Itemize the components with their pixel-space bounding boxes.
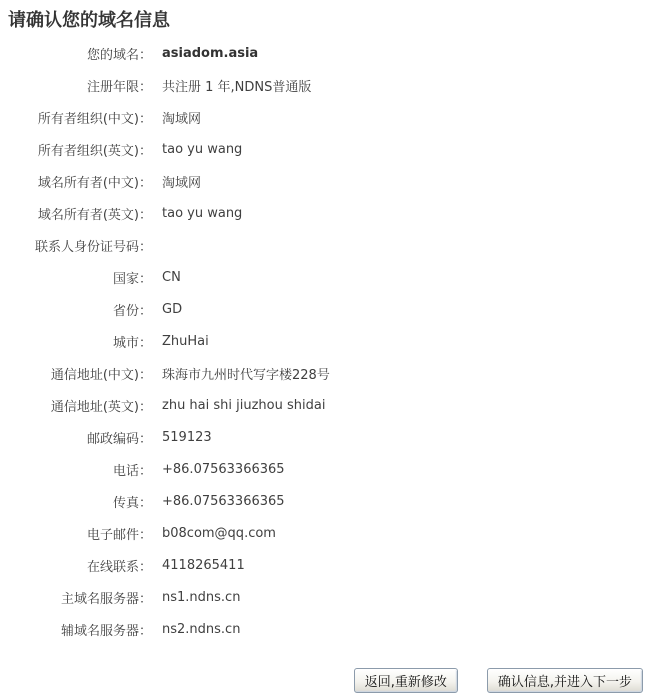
province-value: GD [162, 302, 182, 317]
form-row-domain-owner-cn: 域名所有者(中文)： 淘域网 [0, 165, 672, 197]
mailing-address-en-label: 通信地址(英文)： [0, 396, 152, 415]
your-domain-label: 您的域名： [0, 44, 152, 63]
online-contact-value: 4118265411 [162, 558, 245, 573]
form-row-fax: 传真： +86.07563366365 [0, 485, 672, 517]
form-row-country: 国家： CN [0, 261, 672, 293]
primary-nameserver-value: ns1.ndns.cn [162, 590, 240, 605]
secondary-nameserver-label: 辅域名服务器： [0, 620, 152, 639]
postal-code-value: 519123 [162, 430, 212, 445]
fax-label: 传真： [0, 492, 152, 511]
domain-owner-en-label: 域名所有者(英文)： [0, 204, 152, 223]
form-row-owner-org-en: 所有者组织(英文)： tao yu wang [0, 133, 672, 165]
form-row-your-domain: 您的域名： asiadom.asia [0, 37, 672, 69]
owner-org-cn-value: 淘域网 [162, 108, 201, 127]
phone-label: 电话： [0, 460, 152, 479]
secondary-nameserver-value: ns2.ndns.cn [162, 622, 240, 637]
page-title: 请确认您的域名信息 [0, 0, 672, 31]
form-row-mailing-address-en: 通信地址(英文)： zhu hai shi jiuzhou shidai [0, 389, 672, 421]
form-row-primary-nameserver: 主域名服务器： ns1.ndns.cn [0, 581, 672, 613]
form-row-domain-owner-en: 域名所有者(英文)： tao yu wang [0, 197, 672, 229]
form-row-mailing-address-cn: 通信地址(中文)： 珠海市九州时代写字楼228号 [0, 357, 672, 389]
email-value: b08com@qq.com [162, 526, 276, 541]
contact-id-number-label: 联系人身份证号码： [0, 236, 152, 255]
city-value: ZhuHai [162, 334, 209, 349]
form-row-postal-code: 邮政编码： 519123 [0, 421, 672, 453]
email-label: 电子邮件： [0, 524, 152, 543]
form-row-registration-term: 注册年限： 共注册 1 年,NDNS普通版 [0, 69, 672, 101]
action-buttons: 返回,重新修改 确认信息,并进入下一步 [0, 668, 672, 693]
online-contact-label: 在线联系： [0, 556, 152, 575]
form-row-phone: 电话： +86.07563366365 [0, 453, 672, 485]
country-label: 国家： [0, 268, 152, 287]
form-row-province: 省份： GD [0, 293, 672, 325]
confirm-button[interactable]: 确认信息,并进入下一步 [487, 668, 643, 693]
phone-value: +86.07563366365 [162, 462, 285, 477]
mailing-address-cn-value: 珠海市九州时代写字楼228号 [162, 364, 330, 383]
province-label: 省份： [0, 300, 152, 319]
domain-owner-en-value: tao yu wang [162, 206, 242, 221]
owner-org-en-label: 所有者组织(英文)： [0, 140, 152, 159]
form-row-owner-org-cn: 所有者组织(中文)： 淘域网 [0, 101, 672, 133]
back-button[interactable]: 返回,重新修改 [354, 668, 458, 693]
form-row-online-contact: 在线联系： 4118265411 [0, 549, 672, 581]
mailing-address-en-value: zhu hai shi jiuzhou shidai [162, 398, 325, 413]
domain-owner-cn-label: 域名所有者(中文)： [0, 172, 152, 191]
registration-term-value: 共注册 1 年,NDNS普通版 [162, 76, 311, 95]
owner-org-cn-label: 所有者组织(中文)： [0, 108, 152, 127]
fax-value: +86.07563366365 [162, 494, 285, 509]
registration-term-label: 注册年限： [0, 76, 152, 95]
primary-nameserver-label: 主域名服务器： [0, 588, 152, 607]
country-value: CN [162, 270, 181, 285]
domain-owner-cn-value: 淘域网 [162, 172, 201, 191]
form-row-contact-id-number: 联系人身份证号码： [0, 229, 672, 261]
domain-info-form: 您的域名： asiadom.asia 注册年限： 共注册 1 年,NDNS普通版… [0, 37, 672, 645]
postal-code-label: 邮政编码： [0, 428, 152, 447]
form-row-email: 电子邮件： b08com@qq.com [0, 517, 672, 549]
owner-org-en-value: tao yu wang [162, 142, 242, 157]
mailing-address-cn-label: 通信地址(中文)： [0, 364, 152, 383]
form-row-secondary-nameserver: 辅域名服务器： ns2.ndns.cn [0, 613, 672, 645]
your-domain-value: asiadom.asia [162, 46, 258, 61]
form-row-city: 城市： ZhuHai [0, 325, 672, 357]
city-label: 城市： [0, 332, 152, 351]
